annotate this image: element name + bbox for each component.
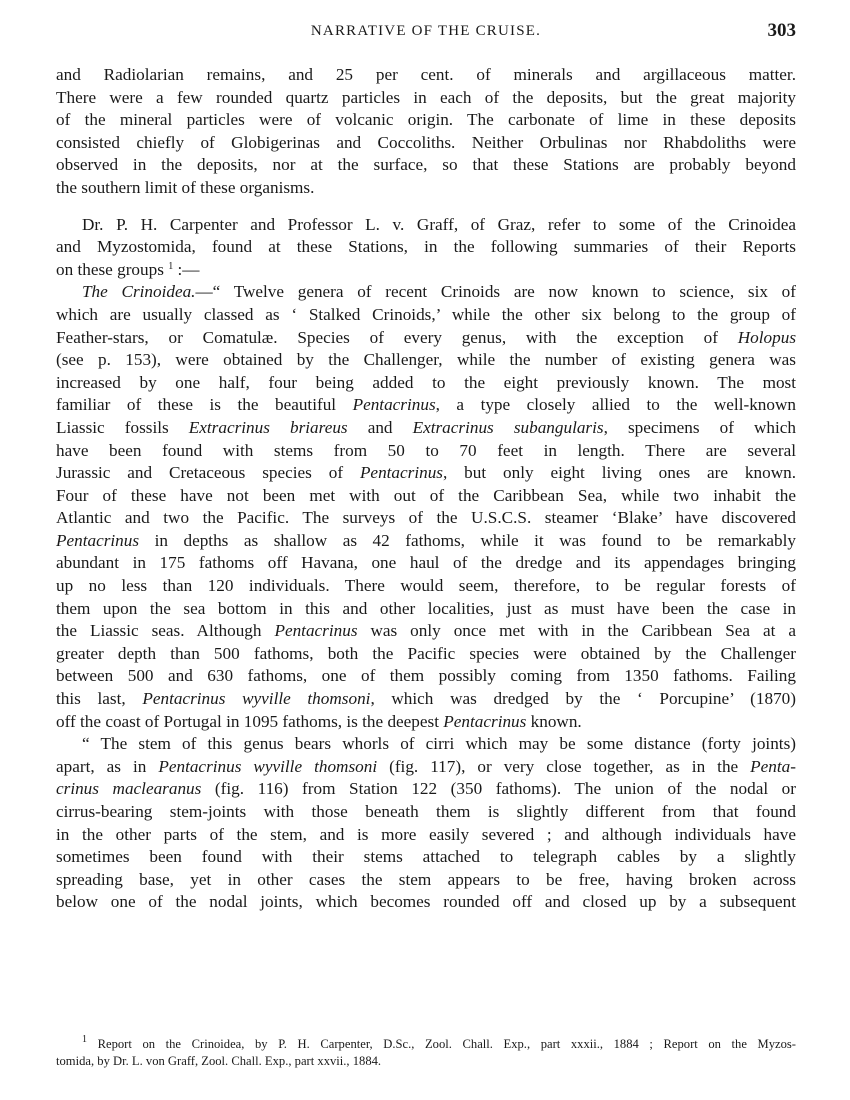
taxon-name: Extracrinus briareus (189, 418, 348, 437)
text-line: of the mineral particles were of volcani… (56, 109, 796, 132)
text-line: between 500 and 630 fathoms, one of them… (56, 665, 796, 688)
footnote-reference: 1 (168, 261, 173, 272)
taxon-name: Pentacrinus wyville thomsoni (142, 689, 370, 708)
body-text: and Radiolarian remains, and 25 per cent… (56, 64, 796, 914)
text-line: cirrus-bearing stem-joints with those be… (56, 801, 796, 824)
text-line: this last, Pentacrinus wyville thomsoni,… (56, 688, 796, 711)
text-line: consisted chiefly of Globigerinas and Co… (56, 132, 796, 155)
taxon-name: crinus maclearanus (56, 779, 201, 798)
text-line: crinus maclearanus (fig. 116) from Stati… (56, 778, 796, 801)
text-line: Atlantic and two the Pacific. The survey… (56, 507, 796, 530)
text-line: them upon the sea bottom in this and oth… (56, 598, 796, 621)
text-line: Jurassic and Cretaceous species of Penta… (56, 462, 796, 485)
text-line: “ The stem of this genus bears whorls of… (56, 733, 796, 756)
text-line: and Myzostomida, found at these Stations… (56, 236, 796, 259)
text-line: apart, as in Pentacrinus wyville thomson… (56, 756, 796, 779)
running-head: NARRATIVE OF THE CRUISE. (56, 23, 796, 40)
taxon-name: Extracrinus subangularis (413, 418, 604, 437)
footnote-marker: 1 (82, 1034, 87, 1045)
taxon-name: Pentacrinus (274, 621, 357, 640)
paragraph-crinoidea: The Crinoidea.—“ Twelve genera of recent… (56, 281, 796, 733)
text-line: increased by one half, four being added … (56, 372, 796, 395)
text-line: greater depth than 500 fathoms, both the… (56, 643, 796, 666)
taxon-name: Pentacrinus (56, 531, 139, 550)
text-line: Dr. P. H. Carpenter and Professor L. v. … (56, 214, 796, 237)
text-line: There were a few rounded quartz particle… (56, 87, 796, 110)
taxon-name: Pentacrinus wyville thomsoni (158, 757, 377, 776)
text-line: sometimes been found with their stems at… (56, 846, 796, 869)
footnotes: 1 Report on the Crinoidea, by P. H. Carp… (56, 1036, 796, 1070)
text-line: The Crinoidea.—“ Twelve genera of recent… (56, 281, 796, 304)
text-line: off the coast of Portugal in 1095 fathom… (56, 711, 796, 734)
section-heading: The Crinoidea. (82, 282, 195, 301)
taxon-name: Pentacrinus (353, 395, 436, 414)
text-line: on these groups 1 :— (56, 259, 796, 282)
taxon-name: Pentacrinus (360, 463, 443, 482)
text-line: Pentacrinus in depths as shallow as 42 f… (56, 530, 796, 553)
text-line: Four of these have not been met with out… (56, 485, 796, 508)
text-line: Liassic fossils Extracrinus briareus and… (56, 417, 796, 440)
text-line: the Liassic seas. Although Pentacrinus w… (56, 620, 796, 643)
text-line: below one of the nodal joints, which bec… (56, 891, 796, 914)
paragraph-stem: “ The stem of this genus bears whorls of… (56, 733, 796, 914)
page-header: NARRATIVE OF THE CRUISE. 303 (56, 20, 796, 44)
taxon-name: Holopus (738, 328, 796, 347)
text-line: have been found with stems from 50 to 70… (56, 440, 796, 463)
text-line: Feather-stars, or Comatulæ. Species of e… (56, 327, 796, 350)
text-line: in the other parts of the stem, and is m… (56, 824, 796, 847)
text-line: and Radiolarian remains, and 25 per cent… (56, 64, 796, 87)
footnote-line: 1 Report on the Crinoidea, by P. H. Carp… (56, 1036, 796, 1053)
paragraph-intro-reports: Dr. P. H. Carpenter and Professor L. v. … (56, 214, 796, 282)
taxon-name: Pentacrinus (443, 712, 526, 731)
text-line: the southern limit of these organisms. (56, 177, 796, 200)
text-line: abundant in 175 fathoms off Havana, one … (56, 552, 796, 575)
footnote-line: tomida, by Dr. L. von Graff, Zool. Chall… (56, 1053, 796, 1070)
text-line: (see p. 153), were obtained by the Chall… (56, 349, 796, 372)
text-line: spreading base, yet in other cases the s… (56, 869, 796, 892)
text-line: familiar of these is the beautiful Penta… (56, 394, 796, 417)
text-fragment: on these groups (56, 260, 164, 279)
text-line: observed in the deposits, nor at the sur… (56, 154, 796, 177)
taxon-name: Penta- (750, 757, 796, 776)
page-number: 303 (768, 20, 797, 42)
paragraph-deposits: and Radiolarian remains, and 25 per cent… (56, 64, 796, 200)
text-line: which are usually classed as ‘ Stalked C… (56, 304, 796, 327)
text-line: up no less than 120 individuals. There w… (56, 575, 796, 598)
text-fragment: :— (177, 260, 199, 279)
